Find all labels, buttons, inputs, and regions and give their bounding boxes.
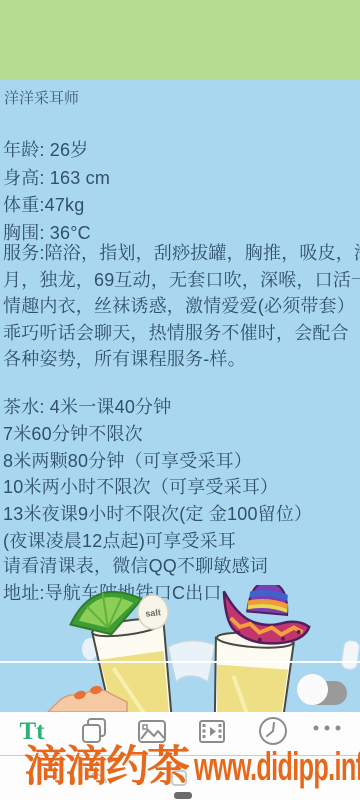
price-line: 13米夜课9小时不限次(定 金100留位） [3, 501, 360, 528]
toggle-knob [297, 674, 328, 705]
price-line: 茶水: 4米一课40分钟 [3, 394, 360, 421]
image-divider-line [0, 661, 360, 663]
stats-block: 年龄: 26岁 身高: 163 cm 体重:47kg 胸围: 36°C [3, 137, 360, 247]
service-line: 乖巧听话会聊天，热情服务不催时，会配合 [3, 320, 360, 347]
stat-line: 体重:47kg [3, 192, 360, 220]
service-line: 服务:陪浴，指划，刮痧拔罐，胸推，吸皮，海底捞 [3, 240, 360, 267]
stat-line: 身高: 163 cm [3, 165, 360, 193]
toggle-switch[interactable] [297, 674, 349, 706]
note-line: 请看清课表，微信QQ不聊敏感词 [3, 553, 360, 580]
services-block: 服务:陪浴，指划，刮痧拔罐，胸推，吸皮，海底捞 月，独龙，69互动，无套口吹，深… [3, 240, 360, 373]
watermark-cn-text: 滴滴约茶 [24, 742, 188, 792]
text-tool-icon: Tt [20, 719, 45, 744]
service-line: 月，独龙，69互动，无套口吹，深喉，口活一流， [3, 267, 360, 294]
price-line: (夜课凌晨12点起)可享受采耳 [3, 528, 360, 555]
price-line: 10米两小时不限次（可享受采耳） [3, 474, 360, 501]
stat-line: 年龄: 26岁 [3, 137, 360, 165]
pricing-block: 茶水: 4米一课40分钟 7米60分钟不限次 8米两颗80分钟（可享受采耳） 1… [3, 394, 360, 555]
image-title: 洋洋采耳师 [4, 89, 79, 108]
right-temple-arm [341, 640, 360, 670]
watermark-url-text: www.didipp.info [194, 742, 360, 792]
phone-screen: 洋洋采耳师 年龄: 26岁 身高: 163 cm 体重:47kg 胸围: 36°… [0, 0, 360, 800]
price-line: 8米两颗80分钟（可享受采耳） [3, 448, 360, 475]
service-line: 情趣内衣，丝袜诱惑，激情爱爱(必须带套） [3, 293, 360, 320]
salt-tag-label: salt [145, 607, 161, 619]
service-line: 各种姿势，所有课程服务-样。 [3, 346, 360, 373]
price-line: 7米60分钟不限次 [3, 421, 360, 448]
watermark: 滴滴约茶 www.didipp.info [24, 742, 360, 792]
nav-hint-pill [174, 792, 192, 799]
image-green-header [0, 0, 360, 80]
